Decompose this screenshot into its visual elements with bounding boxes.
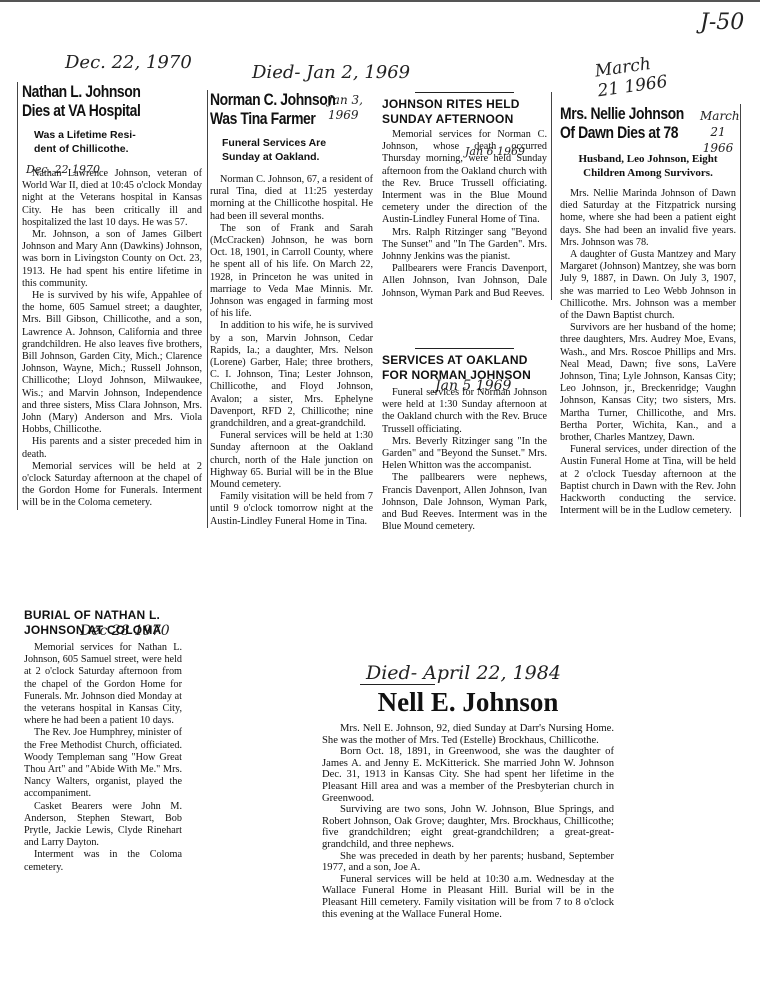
handwritten-date-norman: Died- Jan 2, 1969 <box>252 62 410 83</box>
article-body: Mrs. Nellie Marinda Johnson of Dawn died… <box>560 188 736 517</box>
deck: Funeral Services Are Sunday at Oakland. <box>222 136 373 164</box>
obituary-johnson-rites: JOHNSON RITES HELD SUNDAY AFTERNOON Memo… <box>382 92 552 300</box>
top-border <box>0 0 760 2</box>
handwritten-date-nellie: March 21 1966 <box>594 51 679 102</box>
headline: Nathan L. Johnson Dies at VA Hospital <box>22 82 170 120</box>
article-body: Memorial services for Nathan L. Johnson,… <box>24 642 182 874</box>
article-body: Memorial services for Norman C. Johnson,… <box>382 129 547 300</box>
headline: Norman C. Johnson Was Tina Farmer <box>210 90 344 128</box>
obituary-nathan-burial: BURIAL OF NATHAN L. JOHNSON AT COLOMA Me… <box>24 608 182 874</box>
article-body: Nathan Lawrence Johnson, veteran of Worl… <box>22 168 202 510</box>
page-label: J-50 <box>700 10 744 35</box>
headline: Nell E. Johnson <box>322 687 614 717</box>
divider <box>415 92 514 93</box>
divider <box>415 348 514 349</box>
headline: SERVICES AT OAKLAND FOR NORMAN JOHNSON <box>382 353 547 383</box>
handwritten-date-nathan: Dec. 22, 1970 <box>65 52 192 73</box>
obituary-services-oakland: SERVICES AT OAKLAND FOR NORMAN JOHNSON F… <box>382 348 547 533</box>
headline: JOHNSON RITES HELD SUNDAY AFTERNOON <box>382 97 547 127</box>
deck: Husband, Leo Johnson, Eight Children Amo… <box>560 152 736 180</box>
obituary-nellie-johnson: Mrs. Nellie Johnson Of Dawn Dies at 78 H… <box>560 104 741 517</box>
divider <box>360 684 435 685</box>
handwritten-date-nell: Died- April 22, 1984 <box>366 662 561 684</box>
obituary-nathan-johnson: Nathan L. Johnson Dies at VA Hospital Wa… <box>17 82 202 510</box>
headline: BURIAL OF NATHAN L. JOHNSON AT COLOMA <box>24 608 182 638</box>
headline: Mrs. Nellie Johnson Of Dawn Dies at 78 <box>560 104 704 142</box>
article-body: Funeral services for Norman Johnson were… <box>382 387 547 533</box>
deck: Was a Lifetime Resi- dent of Chillicothe… <box>34 128 202 156</box>
article-body: Mrs. Nell E. Johnson, 92, died Sunday at… <box>322 723 614 920</box>
article-body: Norman C. Johnson, 67, a resident of rur… <box>210 174 373 528</box>
obituary-norman-johnson: Norman C. Johnson Was Tina Farmer Funera… <box>207 90 373 528</box>
obituary-nell-johnson: Nell E. Johnson Mrs. Nell E. Johnson, 92… <box>322 684 614 920</box>
